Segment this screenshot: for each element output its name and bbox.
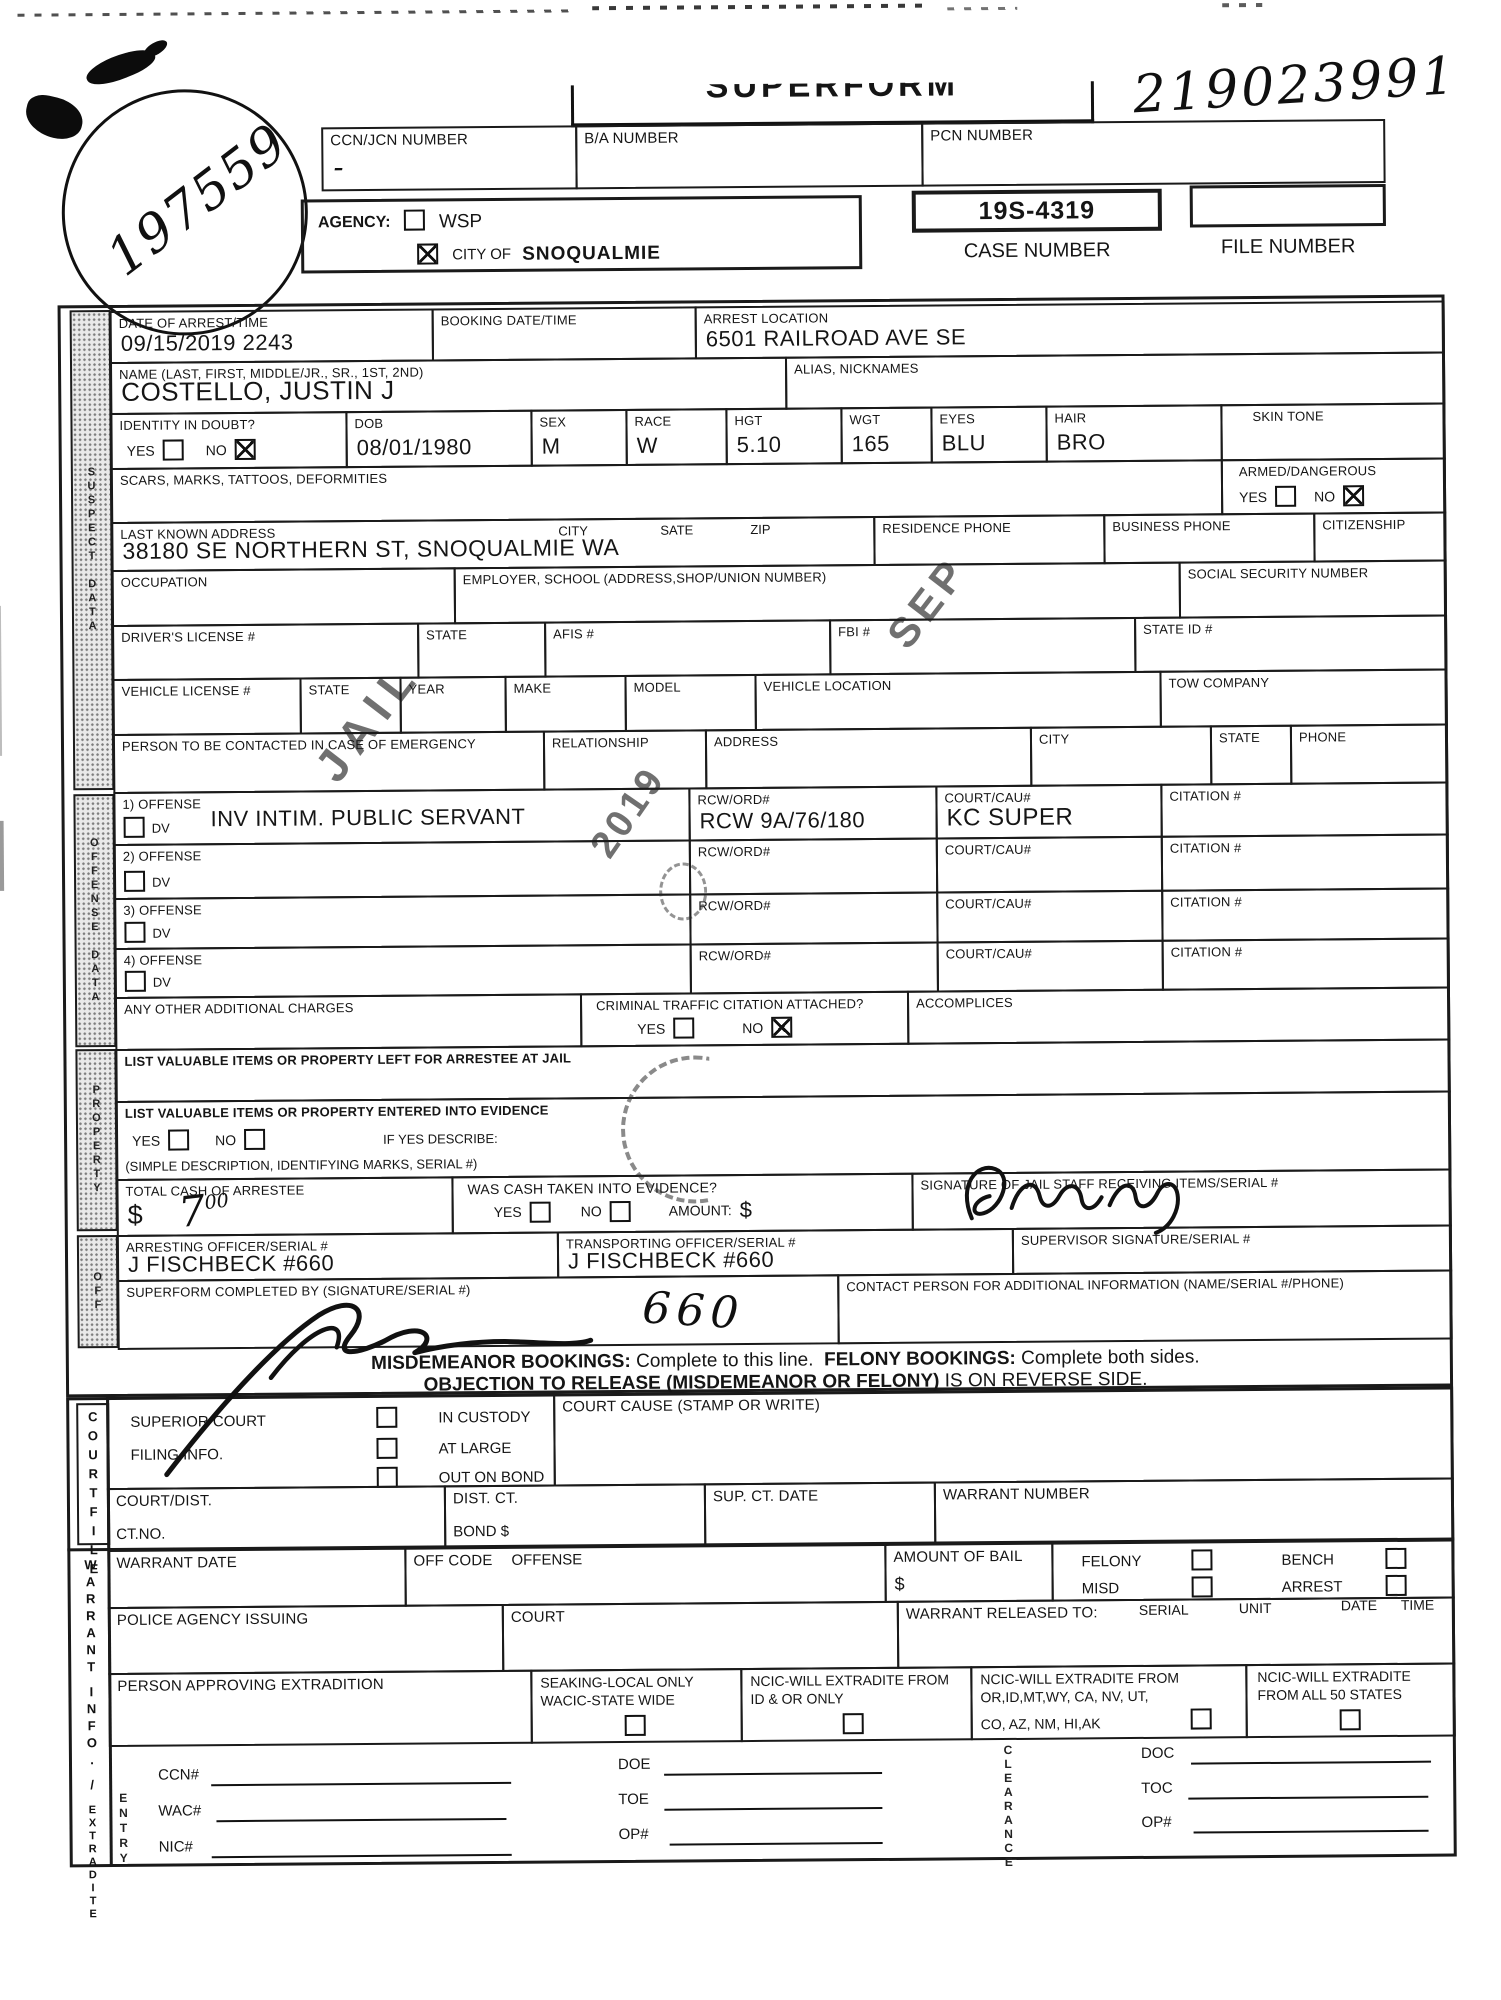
- info-side-label: INFO.: [84, 1684, 100, 1769]
- race-cell: RACE W: [625, 408, 727, 466]
- entry-op-label: OP#: [619, 1826, 649, 1843]
- employer-label: EMPLOYER, SCHOOL (ADDRESS,SHOP/UNION NUM…: [463, 569, 827, 587]
- identity-doubt-cell: IDENTITY IN DOUBT? YES NO: [110, 411, 347, 470]
- tow-company-label: TOW COMPANY: [1168, 675, 1269, 691]
- emergency-phone-label: PHONE: [1299, 729, 1346, 744]
- objection-release-text: IS ON REVERSE SIDE.: [945, 1369, 1148, 1392]
- offense-4-num: 4) OFFENSE: [124, 952, 203, 968]
- hair-label: HAIR: [1054, 410, 1086, 425]
- emergency-contact-label: PERSON TO BE CONTACTED IN CASE OF EMERGE…: [122, 736, 476, 754]
- clearance-side-box: CLEARANCE: [1001, 1743, 1026, 1858]
- bond-label: BOND $: [453, 1523, 509, 1540]
- armed-yes-label: YES: [1239, 488, 1267, 504]
- extradite-side-label: EXTRADITE: [86, 1804, 99, 1921]
- cash-no-label: NO: [581, 1203, 602, 1219]
- citizenship-cell: CITIZENSHIP: [1313, 512, 1446, 563]
- offense-3-rcw-label: RCW/ORD#: [698, 898, 771, 914]
- scan-noise-line: [1222, 3, 1262, 7]
- arrest-label: ARREST: [1282, 1578, 1343, 1595]
- seaking-local-label-1: SEAKING-LOCAL ONLY: [540, 1673, 693, 1690]
- race-label: RACE: [634, 414, 671, 429]
- offense-3-court-cell: COURT/CAU#: [936, 890, 1163, 944]
- ncic-all-states-cell: NCIC-WILL EXTRADITE FROM ALL 50 STATES: [1245, 1662, 1456, 1738]
- address-sate-label: SATE: [660, 522, 693, 537]
- cash-yes-checkbox: [530, 1201, 551, 1222]
- arrest-location-cell: ARREST LOCATION 6501 RAILROAD AVE SE: [695, 301, 1445, 360]
- seaking-local-label-2: WACIC-STATE WIDE: [540, 1692, 674, 1709]
- form-title-box: SUPERFORM: [571, 81, 1094, 127]
- simple-description-label: (SIMPLE DESCRIPTION, IDENTIFYING MARKS, …: [125, 1156, 477, 1174]
- stamp-circle-fragment: [659, 862, 707, 920]
- wgt-cell: WGT 165: [840, 407, 932, 465]
- ncic-states-checkbox: [1191, 1708, 1212, 1729]
- warrant-court-label: COURT: [511, 1608, 565, 1625]
- offense-1-desc: INV INTIM. PUBLIC SERVANT: [210, 804, 525, 832]
- traffic-yes-checkbox: [673, 1017, 694, 1038]
- wsp-checkbox: [404, 210, 425, 231]
- traffic-no-checkbox: [771, 1017, 792, 1038]
- entry-wac-line: [216, 1800, 506, 1822]
- offense-1-rcw-label: RCW/ORD#: [697, 792, 770, 808]
- entry-doe-line: [664, 1754, 882, 1776]
- afis-label: AFIS #: [553, 626, 594, 641]
- released-serial-label: SERIAL: [1139, 1602, 1189, 1618]
- amount-label: AMOUNT:: [669, 1202, 732, 1218]
- suspect-data-side-label: SUSPECT DATA: [85, 466, 98, 634]
- state-id-cell: STATE ID #: [1134, 615, 1447, 673]
- offense-3-court-label: COURT/CAU#: [945, 896, 1031, 912]
- clearance-op-label: OP#: [1141, 1814, 1171, 1831]
- traffic-citation-label: CRIMINAL TRAFFIC CITATION ATTACHED?: [596, 996, 864, 1013]
- hgt-label: HGT: [734, 413, 762, 428]
- offense-2-court-cell: COURT/CAU#: [936, 836, 1163, 894]
- ncic-all-states-label-1: NCIC-WILL EXTRADITE: [1257, 1668, 1411, 1685]
- address-zip-label: ZIP: [750, 522, 770, 537]
- emergency-city-cell: CITY: [1030, 725, 1212, 786]
- offense-4-citation-label: CITATION #: [1171, 944, 1243, 960]
- city-of-label: CITY OF: [452, 246, 511, 263]
- ncic-id-or-checkbox: [843, 1713, 864, 1734]
- offense-1-citation-label: CITATION #: [1169, 788, 1241, 804]
- traffic-citation-cell: CRIMINAL TRAFFIC CITATION ATTACHED? YES …: [580, 991, 909, 1048]
- offense-4-court-cell: COURT/CAU#: [937, 940, 1164, 993]
- felony-bookings-text: Complete both sides.: [1021, 1346, 1200, 1368]
- offense-1-court-value: KC SUPER: [946, 803, 1073, 832]
- property-side-label: PROPERTY: [90, 1084, 103, 1196]
- offense-2-citation-label: CITATION #: [1170, 840, 1242, 856]
- warrant-number-label: WARRANT NUMBER: [943, 1485, 1090, 1503]
- cash-amount-hand: 700: [176, 1183, 232, 1237]
- fbi-cell: FBI #: [829, 617, 1136, 675]
- arrest-date-value: 09/15/2019 2243: [121, 330, 294, 357]
- form-title: SUPERFORM: [574, 81, 1091, 107]
- misd-label: MISD: [1082, 1580, 1120, 1597]
- ncic-id-or-label-1: NCIC-WILL EXTRADITE FROM: [750, 1671, 949, 1689]
- warrant-side-label: WARRANT: [83, 1557, 99, 1676]
- ncic-states-label-3: CO, AZ, NM, HI,AK: [981, 1715, 1101, 1732]
- warrant-court-cell: COURT: [502, 1601, 900, 1672]
- alias-cell: ALIAS, NICKNAMES: [785, 352, 1445, 410]
- bench-label: BENCH: [1281, 1551, 1334, 1568]
- offense-4-citation-cell: CITATION #: [1162, 938, 1450, 991]
- case-number-label: CASE NUMBER: [912, 239, 1162, 264]
- business-phone-cell: BUSINESS PHONE: [1103, 513, 1315, 565]
- bench-checkbox: [1385, 1548, 1406, 1569]
- file-number-label: FILE NUMBER: [1190, 235, 1386, 260]
- vehicle-license-cell: VEHICLE LICENSE #: [112, 678, 301, 736]
- released-date-label: DATE: [1341, 1597, 1377, 1613]
- ink-blob: [21, 91, 87, 143]
- armed-no-checkbox: [1343, 485, 1364, 506]
- agency-label: AGENCY:: [318, 214, 391, 233]
- offense-1-dv-label: DV: [152, 821, 170, 836]
- emergency-address-label: ADDRESS: [714, 734, 778, 750]
- offense-2-num: 2) OFFENSE: [123, 848, 202, 864]
- offense-1-num: 1) OFFENSE: [122, 796, 201, 812]
- offense-data-side-label: OFFENSE DATA: [88, 837, 101, 1005]
- entry-toe-label: TOE: [618, 1791, 649, 1808]
- dist-ct-label: DIST. CT.: [453, 1490, 518, 1508]
- state-id-label: STATE ID #: [1143, 621, 1213, 637]
- offense-2-citation-cell: CITATION #: [1161, 834, 1449, 892]
- seaking-checkbox: [625, 1715, 646, 1736]
- property-jail-label: LIST VALUABLE ITEMS OR PROPERTY LEFT FOR…: [124, 1050, 571, 1069]
- fbi-label: FBI #: [838, 624, 870, 639]
- offense-2-dv-checkbox: [124, 871, 145, 892]
- arrest-location-value: 6501 RAILROAD AVE SE: [706, 324, 966, 352]
- hgt-cell: HGT 5.10: [725, 407, 842, 465]
- file-number-box: [1190, 184, 1386, 228]
- court-dist-label: COURT/DIST.: [116, 1492, 212, 1510]
- person-approving-extradition-label: PERSON APPROVING EXTRADITION: [117, 1676, 384, 1695]
- ct-no-label: CT.NO.: [116, 1526, 165, 1543]
- offense-data-sidebar: OFFENSE DATA: [73, 794, 116, 1047]
- offense-1-court-cell: COURT/CAU# KC SUPER: [935, 784, 1162, 840]
- alias-label: ALIAS, NICKNAMES: [794, 361, 919, 377]
- evidence-no-checkbox: [244, 1129, 265, 1150]
- emergency-city-label: CITY: [1039, 731, 1070, 746]
- emergency-address-cell: ADDRESS: [705, 727, 1032, 790]
- entry-ccn-label: CCN#: [158, 1766, 199, 1783]
- warrant-date-label: WARRANT DATE: [116, 1554, 237, 1572]
- ncic-all-states-label-2: FROM ALL 50 STATES: [1257, 1686, 1402, 1703]
- offense-1-dv-checkbox: [124, 817, 145, 838]
- scan-streak: [0, 821, 4, 891]
- booking-date-label: BOOKING DATE/TIME: [441, 312, 577, 328]
- offense-3-dv-checkbox: [124, 922, 145, 943]
- ssn-label: SOCIAL SECURITY NUMBER: [1188, 565, 1369, 581]
- suspect-data-sidebar: SUSPECT DATA: [70, 310, 115, 790]
- emergency-phone-cell: PHONE: [1290, 724, 1448, 785]
- contact-person-label: CONTACT PERSON FOR ADDITIONAL INFORMATIO…: [846, 1275, 1344, 1294]
- name-cell: NAME (LAST, FIRST, MIDDLE/JR., SR., 1ST,…: [110, 357, 787, 415]
- wsp-label: WSP: [439, 211, 482, 233]
- amount-dollar-sign: $: [740, 1197, 752, 1223]
- clearance-doc-line: [1191, 1743, 1431, 1765]
- felony-checkbox: [1191, 1549, 1212, 1570]
- sex-cell: SEX M: [530, 409, 627, 467]
- business-phone-label: BUSINESS PHONE: [1112, 518, 1231, 534]
- ncic-all-states-checkbox: [1340, 1709, 1361, 1730]
- ncic-id-or-cell: NCIC-WILL EXTRADITE FROM ID & OR ONLY: [740, 1666, 973, 1742]
- offense-3-citation-cell: CITATION #: [1161, 888, 1449, 942]
- drivers-license-label: DRIVER'S LICENSE #: [121, 629, 255, 645]
- eyes-label: EYES: [939, 411, 975, 426]
- offense-4-cell: 4) OFFENSE DV: [115, 943, 692, 999]
- wgt-value: 165: [852, 431, 890, 457]
- vehicle-make-label: MAKE: [514, 681, 552, 696]
- armed-dangerous-cell: ARMED/DANGEROUS YES NO: [1221, 458, 1446, 516]
- case-number-box: 19S-4319: [912, 189, 1162, 233]
- entry-ccn-line: [211, 1764, 511, 1786]
- amount-of-bail-cell: AMOUNT OF BAIL $: [884, 1543, 1053, 1603]
- completed-by-signature: [120, 1252, 702, 1487]
- offense-4-rcw-label: RCW/ORD#: [699, 948, 772, 964]
- arrest-checkbox: [1386, 1575, 1407, 1596]
- offense-1-rcw-cell: RCW/ORD# RCW 9A/76/180: [688, 786, 937, 842]
- dob-label: DOB: [354, 416, 383, 431]
- offense-3-cell: 3) OFFENSE DV: [114, 893, 691, 950]
- identity-no-checkbox: [235, 439, 256, 460]
- skin-tone-cell: SKIN TONE: [1220, 403, 1445, 462]
- vehicle-location-cell: VEHICLE LOCATION: [754, 671, 1161, 731]
- entry-nic-label: NIC#: [159, 1838, 193, 1855]
- off-code-offense-cell: OFF CODE OFFENSE: [404, 1544, 886, 1607]
- offense-2-court-label: COURT/CAU#: [945, 842, 1031, 858]
- court-dist-cell: COURT/DIST. CT.NO.: [107, 1485, 446, 1551]
- offense-4-court-label: COURT/CAU#: [946, 946, 1032, 962]
- additional-charges-cell: ANY OTHER ADDITIONAL CHARGES: [115, 993, 582, 1051]
- offense-3-dv-label: DV: [152, 926, 170, 941]
- entry-doe-label: DOE: [618, 1756, 651, 1773]
- employer-cell: EMPLOYER, SCHOOL (ADDRESS,SHOP/UNION NUM…: [454, 562, 1181, 625]
- citizenship-label: CITIZENSHIP: [1322, 517, 1405, 533]
- warrant-released-label: WARRANT RELEASED TO:: [906, 1604, 1098, 1623]
- ba-number-label: B/A NUMBER: [584, 130, 679, 148]
- identity-no-label: NO: [206, 442, 227, 458]
- off-code-label: OFF CODE: [413, 1552, 492, 1570]
- offense-4-rcw-cell: RCW/ORD#: [690, 942, 939, 995]
- warrant-offense-label: OFFENSE: [511, 1551, 582, 1569]
- offense-2-rcw-label: RCW/ORD#: [698, 844, 771, 860]
- tow-company-cell: TOW COMPANY: [1159, 669, 1447, 728]
- warrant-date-cell: WARRANT DATE: [107, 1548, 406, 1609]
- afis-cell: AFIS #: [544, 619, 831, 677]
- identity-doubt-label: IDENTITY IN DOUBT?: [119, 417, 255, 433]
- sex-value: M: [542, 433, 561, 459]
- last-known-address-cell: LAST KNOWN ADDRESS CITY SATE ZIP 38180 S…: [111, 516, 875, 572]
- accomplices-label: ACCOMPLICES: [916, 995, 1013, 1011]
- police-agency-issuing-label: POLICE AGENCY ISSUING: [117, 1610, 309, 1629]
- bail-dollar-sign: $: [895, 1574, 905, 1595]
- entry-nic-line: [212, 1836, 512, 1858]
- arrest-location-label: ARREST LOCATION: [704, 310, 829, 326]
- offense-1-rcw-value: RCW 9A/76/180: [700, 807, 866, 834]
- armed-no-label: NO: [1314, 488, 1335, 504]
- arrest-date-cell: DATE OF ARREST/TIME 09/15/2019 2243: [110, 308, 434, 364]
- wgt-label: WGT: [849, 412, 880, 427]
- scan-noise-line: [17, 9, 577, 16]
- dl-state-cell: STATE: [417, 622, 546, 679]
- offense-4-dv-checkbox: [125, 971, 146, 992]
- emergency-state-cell: STATE: [1210, 725, 1292, 786]
- offense-3-citation-label: CITATION #: [1170, 894, 1242, 910]
- hgt-value: 5.10: [737, 432, 782, 458]
- amount-of-bail-label: AMOUNT OF BAIL: [893, 1548, 1022, 1566]
- scan-noise-line: [592, 4, 922, 11]
- evidence-yes-label: YES: [132, 1132, 160, 1148]
- felony-bookings-label: FELONY BOOKINGS:: [824, 1348, 1016, 1371]
- cash-yes-label: YES: [494, 1204, 522, 1220]
- eyes-value: BLU: [942, 430, 986, 456]
- city-name: SNOQUALMIE: [522, 243, 661, 266]
- clearance-doc-label: DOC: [1141, 1745, 1174, 1762]
- contact-person-cell: CONTACT PERSON FOR ADDITIONAL INFORMATIO…: [837, 1269, 1453, 1344]
- entry-op-line: [670, 1824, 883, 1846]
- person-approving-extradition-cell: PERSON APPROVING EXTRADITION: [108, 1670, 533, 1747]
- race-value: W: [637, 433, 658, 459]
- handwritten-booking-number: 219023991: [1131, 46, 1459, 125]
- entry-side-label: ENTRY: [116, 1790, 131, 1865]
- vehicle-model-cell: MODEL: [624, 674, 756, 732]
- armed-dangerous-label: ARMED/DANGEROUS: [1239, 463, 1376, 479]
- completed-by-serial: 660: [641, 1282, 746, 1339]
- ssn-cell: SOCIAL SECURITY NUMBER: [1179, 560, 1447, 619]
- clearance-toc-line: [1188, 1778, 1428, 1800]
- residence-phone-label: RESIDENCE PHONE: [882, 520, 1011, 536]
- superform-scanned-page: 197559 SUPERFORM 219023991 CCN/JCN NUMBE…: [0, 0, 1501, 2000]
- arrest-date-label: DATE OF ARREST/TIME: [119, 315, 269, 331]
- misd-checkbox: [1192, 1576, 1213, 1597]
- entry-toe-line: [664, 1789, 882, 1811]
- offense-4-dv-label: DV: [153, 975, 171, 990]
- if-yes-describe-label: IF YES DESCRIBE:: [383, 1131, 498, 1147]
- additional-charges-label: ANY OTHER ADDITIONAL CHARGES: [124, 1000, 354, 1017]
- ccn-jcn-cell: CCN/JCN NUMBER -: [321, 125, 577, 191]
- hair-cell: HAIR BRO: [1045, 404, 1222, 462]
- property-evidence-label: LIST VALUABLE ITEMS OR PROPERTY ENTERED …: [125, 1103, 549, 1121]
- released-unit-label: UNIT: [1239, 1600, 1272, 1616]
- agency-box: AGENCY: WSP CITY OF SNOQUALMIE: [301, 195, 863, 273]
- vehicle-location-label: VEHICLE LOCATION: [764, 678, 892, 694]
- hair-value: BRO: [1057, 429, 1106, 455]
- pcn-number-cell: PCN NUMBER: [921, 119, 1385, 187]
- pcn-number-label: PCN NUMBER: [930, 127, 1033, 145]
- ncic-states-cell: NCIC-WILL EXTRADITE FROM OR,ID,MT,WY, CA…: [970, 1664, 1248, 1740]
- sex-label: SEX: [539, 414, 566, 429]
- case-number-value: 19S-4319: [916, 196, 1158, 227]
- relationship-label: RELATIONSHIP: [552, 735, 649, 751]
- circled-number-stamp: 197559: [61, 88, 309, 336]
- police-agency-issuing-cell: POLICE AGENCY ISSUING: [108, 1604, 505, 1675]
- armed-yes-checkbox: [1275, 486, 1296, 507]
- scan-streak: [0, 606, 2, 756]
- emergency-state-label: STATE: [1219, 730, 1260, 745]
- dist-ct-cell: DIST. CT. BOND $: [444, 1483, 706, 1548]
- ba-number-cell: B/A NUMBER: [575, 123, 923, 190]
- dl-state-label: STATE: [426, 627, 467, 642]
- property-sidebar: PROPERTY: [75, 1049, 117, 1231]
- scars-label: SCARS, MARKS, TATTOOS, DEFORMITIES: [120, 471, 387, 488]
- dob-value: 08/01/1980: [357, 434, 472, 461]
- warrant-number-cell: WARRANT NUMBER: [934, 1477, 1454, 1544]
- ccn-jcn-label: CCN/JCN NUMBER: [330, 131, 468, 149]
- seaking-local-cell: SEAKING-LOCAL ONLY WACIC-STATE WIDE: [530, 1668, 743, 1744]
- court-side-label: COURT: [85, 1409, 101, 1504]
- eyes-cell: EYES BLU: [930, 406, 1047, 464]
- warrant-released-cell: WARRANT RELEASED TO: SERIAL UNIT DATE TI…: [897, 1596, 1456, 1668]
- last-known-address-value: 38180 SE NORTHERN ST, SNOQUALMIE WA: [122, 534, 619, 565]
- identity-yes-checkbox: [163, 439, 184, 460]
- slash-side-label: /: [85, 1777, 100, 1796]
- dob-cell: DOB 08/01/1980: [345, 410, 532, 468]
- ncic-states-label-1: NCIC-WILL EXTRADITE FROM: [980, 1670, 1179, 1688]
- clearance-side-label: CLEARANCE: [1001, 1743, 1016, 1869]
- warrant-side-box: WARRANT INFO. / EXTRADITE: [73, 1557, 109, 1863]
- ccn-jcn-value: -: [333, 150, 343, 185]
- jail-staff-signature: [941, 1154, 1272, 1239]
- offense-2-dv-label: DV: [152, 875, 170, 890]
- felony-misd-bench-arrest-cell: FELONY MISD BENCH ARREST: [1051, 1539, 1454, 1601]
- vehicle-license-label: VEHICLE LICENSE #: [122, 683, 251, 699]
- evidence-yes-checkbox: [168, 1129, 189, 1150]
- occupation-cell: OCCUPATION: [112, 567, 456, 627]
- traffic-no-label: NO: [742, 1019, 763, 1035]
- accomplices-cell: ACCOMPLICES: [907, 987, 1450, 1045]
- sup-ct-date-label: SUP. CT. DATE: [713, 1487, 819, 1505]
- ncic-states-label-2: OR,ID,MT,WY, CA, NV, UT,: [980, 1688, 1148, 1705]
- cash-no-checkbox: [610, 1200, 631, 1221]
- sup-ct-date-cell: SUP. CT. DATE: [704, 1482, 936, 1547]
- name-value: COSTELLO, JUSTIN J: [121, 375, 395, 408]
- felony-label: FELONY: [1081, 1553, 1141, 1570]
- clearance-toc-label: TOC: [1141, 1780, 1173, 1797]
- city-of-checkbox: [417, 243, 438, 264]
- court-file-side-box: COURT FILE: [76, 1403, 110, 1545]
- booking-date-cell: BOOKING DATE/TIME: [432, 306, 697, 361]
- offense-3-rcw-cell: RCW/ORD#: [689, 892, 938, 946]
- officers-side-label: OFF: [92, 1271, 104, 1313]
- skin-tone-label: SKIN TONE: [1252, 408, 1324, 424]
- officers-sidebar: OFF: [77, 1235, 119, 1348]
- total-cash-cell: TOTAL CASH OF ARRESTEE $ 700: [116, 1176, 453, 1237]
- occupation-label: OCCUPATION: [121, 574, 208, 590]
- vehicle-state-label: STATE: [309, 682, 350, 697]
- clearance-op-line: [1193, 1812, 1428, 1834]
- evidence-no-label: NO: [215, 1132, 236, 1148]
- scan-noise-line: [947, 7, 1017, 11]
- circled-number-text: 197559: [96, 112, 300, 288]
- offense-1-citation-cell: CITATION #: [1160, 782, 1448, 838]
- traffic-yes-label: YES: [637, 1020, 665, 1036]
- vehicle-model-label: MODEL: [634, 680, 681, 695]
- entry-side-box: ENTRY: [116, 1783, 141, 1873]
- residence-phone-cell: RESIDENCE PHONE: [873, 514, 1105, 566]
- released-time-label: TIME: [1401, 1597, 1435, 1613]
- offense-2-rcw-cell: RCW/ORD#: [689, 838, 938, 896]
- identity-yes-label: YES: [127, 442, 155, 458]
- cash-dollar-sign: $: [128, 1200, 143, 1231]
- ncic-id-or-label-2: ID & OR ONLY: [750, 1690, 843, 1707]
- offense-3-num: 3) OFFENSE: [123, 902, 202, 918]
- entry-wac-label: WAC#: [158, 1802, 201, 1819]
- vehicle-make-cell: MAKE: [504, 675, 626, 733]
